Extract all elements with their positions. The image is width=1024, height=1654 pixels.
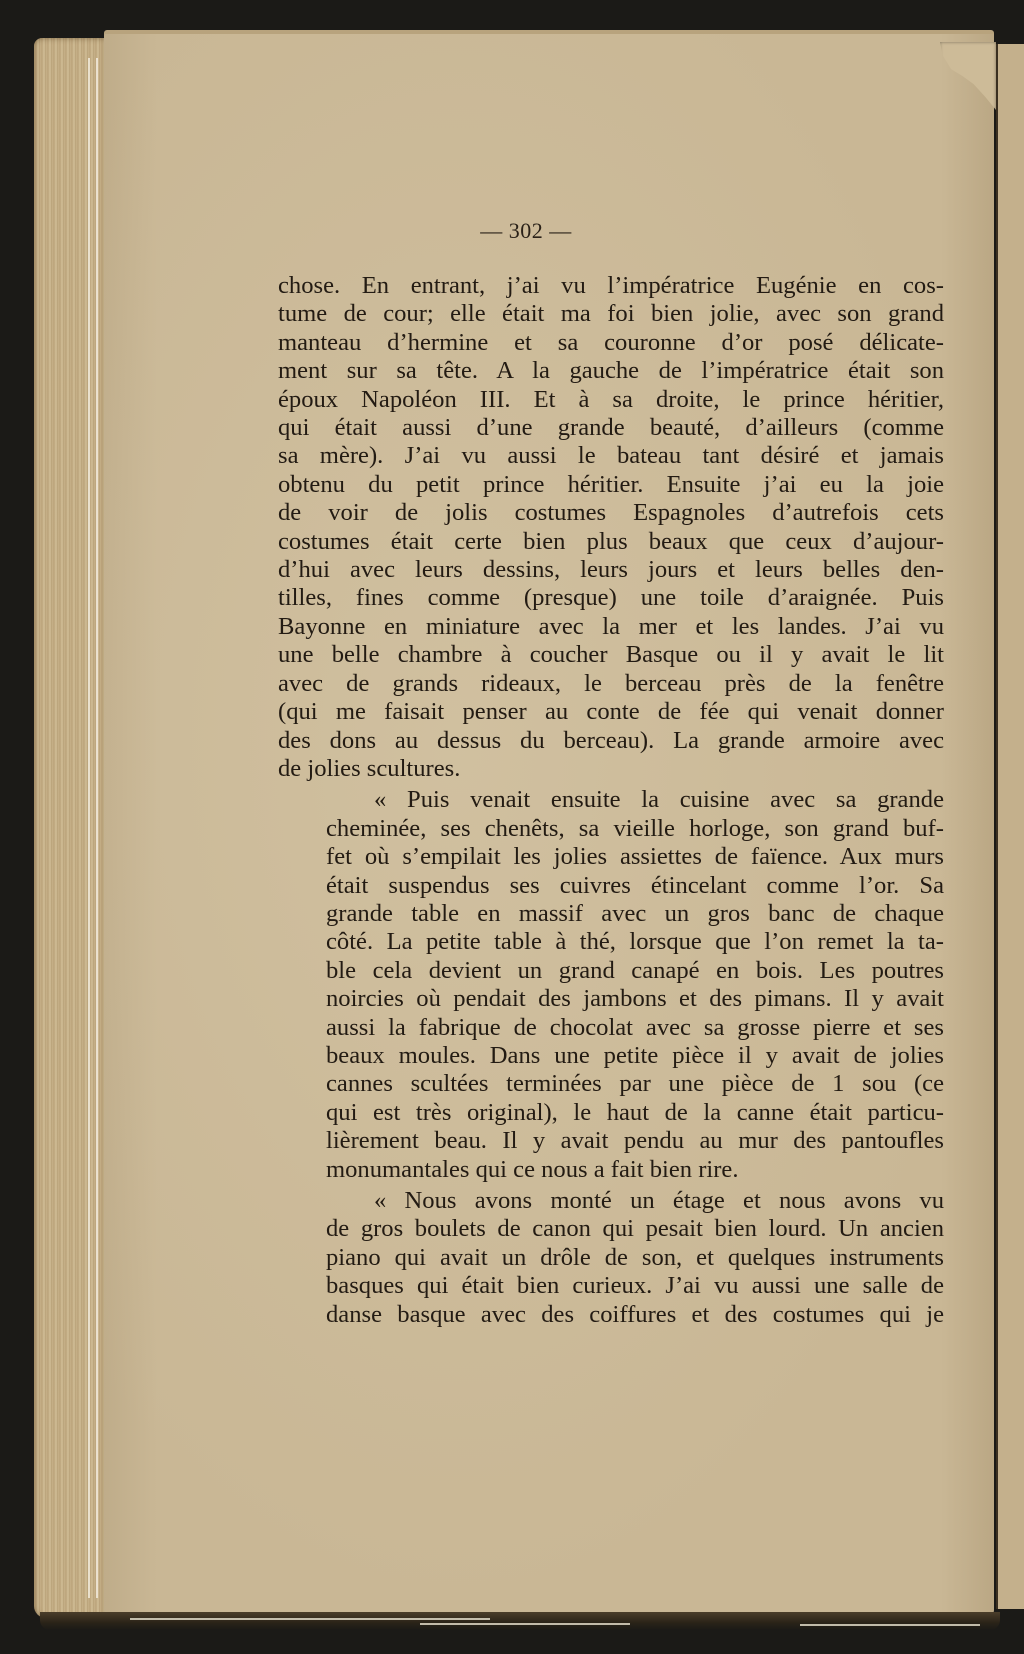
text-line: époux Napoléon III. Et à sa droite, le p… bbox=[278, 386, 944, 414]
text-line: « Puis venait ensuite la cuisine avec sa… bbox=[278, 786, 944, 814]
text-line: qui est très original), le haut de la ca… bbox=[278, 1099, 944, 1127]
text-line: de gros boulets de canon qui pesait bien… bbox=[278, 1215, 944, 1243]
body-text: chose. En entrant, j’ai vu l’impératrice… bbox=[278, 272, 944, 1329]
text-line: danse basque avec des coiffures et des c… bbox=[278, 1301, 944, 1329]
text-line: (qui me faisait penser au conte de fée q… bbox=[278, 698, 944, 726]
text-line: cannes scultées terminées par une pièce … bbox=[278, 1070, 944, 1098]
text-line: de voir de jolis costumes Espagnoles d’a… bbox=[278, 499, 944, 527]
page-number-text: — 302 — bbox=[452, 218, 572, 243]
paragraph-1: chose. En entrant, j’ai vu l’impératrice… bbox=[278, 272, 944, 783]
page-bottom-edge bbox=[40, 1612, 1000, 1630]
text-line: ble cela devient un grand canapé en bois… bbox=[278, 957, 944, 985]
text-line: piano qui avait un drôle de son, et quel… bbox=[278, 1244, 944, 1272]
text-line: costumes était certe bien plus beaux que… bbox=[278, 528, 944, 556]
paragraph-2: « Puis venait ensuite la cuisine avec sa… bbox=[278, 786, 944, 1184]
text-line: aussi la fabrique de chocolat avec sa gr… bbox=[278, 1014, 944, 1042]
text-line: côté. La petite table à thé, lorsque que… bbox=[278, 928, 944, 956]
text-line: monumantales qui ce nous a fait bien rir… bbox=[278, 1156, 944, 1184]
facing-page-edge bbox=[996, 44, 1024, 1609]
text-line: beaux moules. Dans une petite pièce il y… bbox=[278, 1042, 944, 1070]
text-line: avec de grands rideaux, le berceau près … bbox=[278, 670, 944, 698]
text-line: « Nous avons monté un étage et nous avon… bbox=[278, 1187, 944, 1215]
text-line: d’hui avec leurs dessins, leurs jours et… bbox=[278, 556, 944, 584]
text-line: Bayonne en miniature avec la mer et les … bbox=[278, 613, 944, 641]
page-number: — 302 — bbox=[0, 218, 1024, 244]
text-line: ment sur sa tête. A la gauche de l’impér… bbox=[278, 357, 944, 385]
text-line: fet où s’empilait les jolies assiettes d… bbox=[278, 843, 944, 871]
paragraph-3: « Nous avons monté un étage et nous avon… bbox=[278, 1187, 944, 1329]
text-line: de jolies scultures. bbox=[278, 755, 944, 783]
text-line: qui était aussi d’une grande beauté, d’a… bbox=[278, 414, 944, 442]
text-line: tilles, fines comme (presque) une toile … bbox=[278, 584, 944, 612]
text-line: cheminée, ses chenêts, sa vieille horlog… bbox=[278, 815, 944, 843]
text-line: était suspendus ses cuivres étincelant c… bbox=[278, 872, 944, 900]
text-line: obtenu du petit prince héritier. Ensuite… bbox=[278, 471, 944, 499]
text-line: une belle chambre à coucher Basque ou il… bbox=[278, 641, 944, 669]
text-line: sa mère). J’ai vu aussi le bateau tant d… bbox=[278, 442, 944, 470]
page-stack-edge bbox=[34, 38, 106, 1618]
text-line: lièrement beau. Il y avait pendu au mur … bbox=[278, 1127, 944, 1155]
text-line: grande table en massif avec un gros banc… bbox=[278, 900, 944, 928]
text-line: basques qui était bien curieux. J’ai vu … bbox=[278, 1272, 944, 1300]
text-line: manteau d’hermine et sa couronne d’or po… bbox=[278, 329, 944, 357]
text-line: tume de cour; elle était ma foi bien jol… bbox=[278, 300, 944, 328]
text-line: noircies où pendait des jambons et des p… bbox=[278, 985, 944, 1013]
text-line: chose. En entrant, j’ai vu l’impératrice… bbox=[278, 272, 944, 300]
page-edge-highlight bbox=[96, 58, 98, 1598]
text-line: des dons au dessus du berceau). La grand… bbox=[278, 727, 944, 755]
page-edge-highlight bbox=[88, 58, 90, 1598]
